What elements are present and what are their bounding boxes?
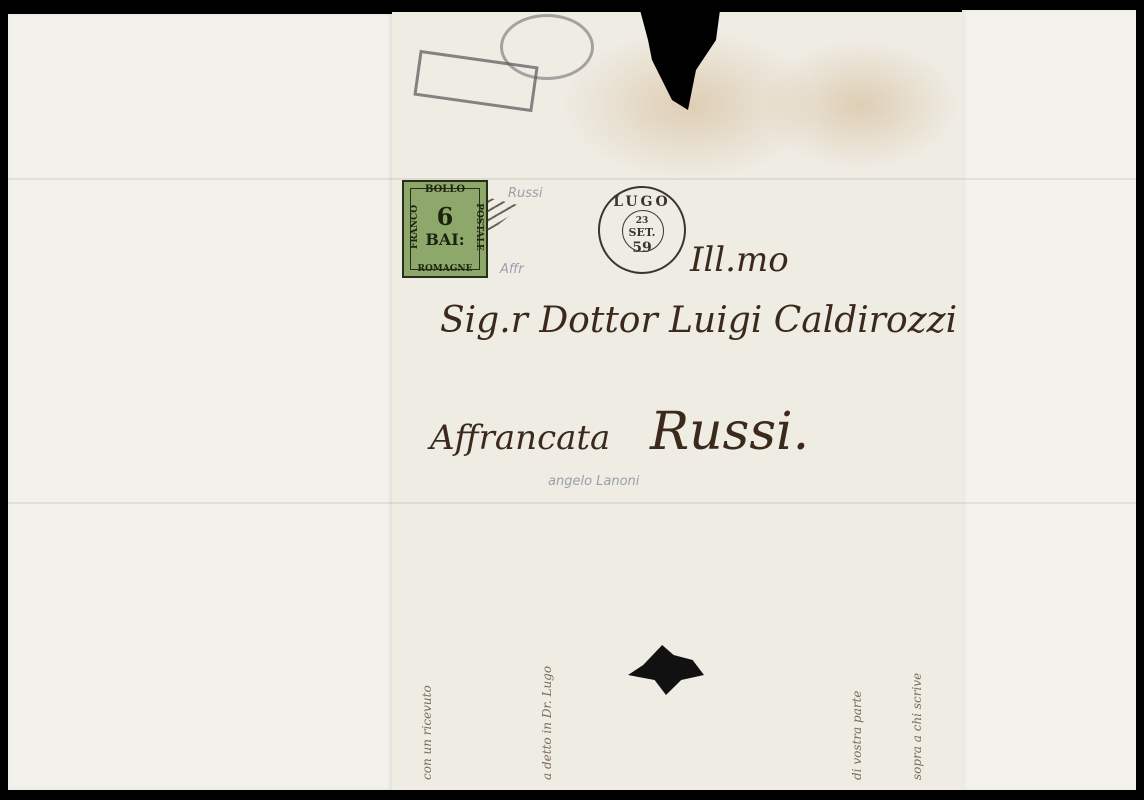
stamp-currency: BAI: [404, 230, 486, 249]
stamp-value: 6 [404, 202, 486, 231]
address-salutation: Ill.mo [690, 240, 789, 280]
foxing-stain [760, 40, 960, 170]
letter-left-panel [8, 14, 392, 790]
inner-letter-text: sopra a chi scrive [910, 530, 924, 780]
postmark-year: 59 [600, 240, 684, 256]
fold-line [8, 502, 1136, 504]
pencil-note: Russi [508, 186, 542, 201]
inner-letter-text: con un ricevuto [420, 520, 434, 780]
address-affrancata: Affrancata [430, 418, 610, 458]
postmark-month: SET. [600, 226, 684, 239]
inner-letter-text: a detto in Dr. Lugo [540, 520, 554, 780]
pencil-note: angelo Lanoni [548, 474, 639, 489]
address-name: Sig.r Dottor Luigi Caldirozzi [440, 300, 957, 341]
inner-letter-text: di vostra parte [850, 530, 864, 780]
postmark-town: LUGO [600, 194, 684, 210]
stamp-bottom-text: ROMAGNE [404, 264, 486, 274]
address-city: Russi. [650, 402, 809, 462]
fold-line [8, 178, 1136, 180]
postage-stamp: BOLLO FRANCO POSTALE 6 BAI: ROMAGNE [402, 180, 488, 278]
letter-right-panel [962, 10, 1136, 790]
lugo-postmark: LUGO 23 SET. 59 [598, 186, 686, 274]
postmark-day: 23 [600, 216, 684, 226]
pencil-note: Affr [500, 262, 524, 277]
